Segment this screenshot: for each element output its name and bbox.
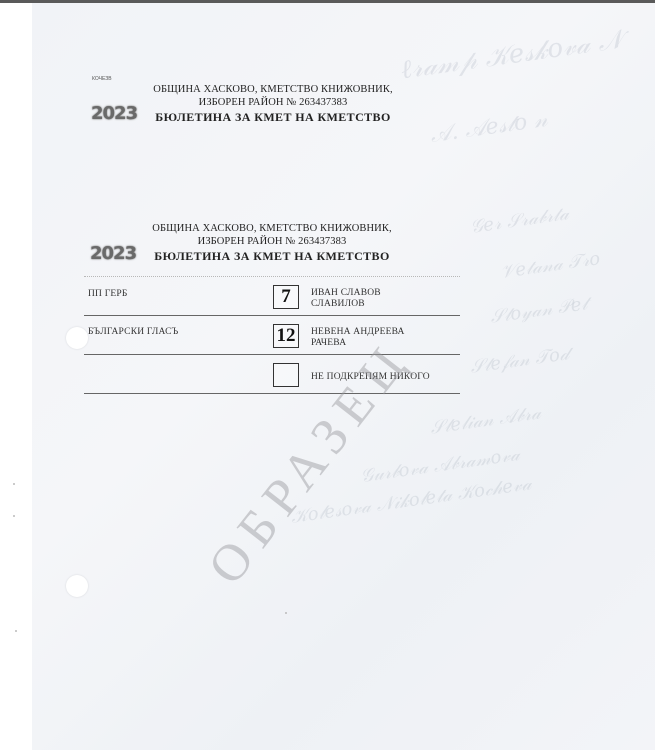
party-name: БЪЛГАРСКИ ГЛАСЪ: [88, 327, 178, 337]
stamp-code: КОЧЕЗВ: [92, 76, 112, 82]
municipality-line: ОБЩИНА ХАСКОВО, КМЕТСТВО КНИЖОВНИК,: [113, 83, 433, 96]
municipality-line: ОБЩИНА ХАСКОВО, КМЕТСТВО КНИЖОВНИК,: [112, 222, 432, 235]
ballot-title: БЮЛЕТИНА ЗА КМЕТ НА КМЕТСТВО: [112, 248, 432, 264]
scan-speck: [15, 630, 17, 632]
ballot-header-top: ОБЩИНА ХАСКОВО, КМЕТСТВО КНИЖОВНИК, ИЗБО…: [113, 83, 433, 125]
district-line: ИЗБОРЕН РАЙОН № 263437383: [113, 96, 433, 109]
party-name: ПП ГЕРБ: [88, 289, 128, 299]
header-divider: [84, 276, 460, 277]
scan-speck: [285, 612, 287, 614]
candidate-name: ИВАН СЛАВОВ СЛАВИЛОВ: [311, 288, 381, 310]
vote-box-12[interactable]: 12: [273, 324, 299, 348]
candidate-second-line: СЛАВИЛОВ: [311, 299, 381, 310]
punch-hole: [66, 575, 88, 597]
ballot-title: БЮЛЕТИНА ЗА КМЕТ НА КМЕТСТВО: [113, 109, 433, 125]
scan-speck: [13, 515, 15, 517]
scan-speck: [13, 483, 15, 485]
district-line: ИЗБОРЕН РАЙОН № 263437383: [112, 235, 432, 248]
ballot-header-main: ОБЩИНА ХАСКОВО, КМЕТСТВО КНИЖОВНИК, ИЗБО…: [112, 222, 432, 264]
punch-hole: [66, 327, 88, 349]
candidate-first-line: ИВАН СЛАВОВ: [311, 288, 381, 299]
row-divider: [84, 315, 460, 316]
vote-box-none[interactable]: [273, 363, 299, 387]
candidate-first-line: НЕВЕНА АНДРЕЕВА: [311, 327, 405, 338]
row-divider: [84, 393, 460, 394]
vote-box-7[interactable]: 7: [273, 285, 299, 309]
